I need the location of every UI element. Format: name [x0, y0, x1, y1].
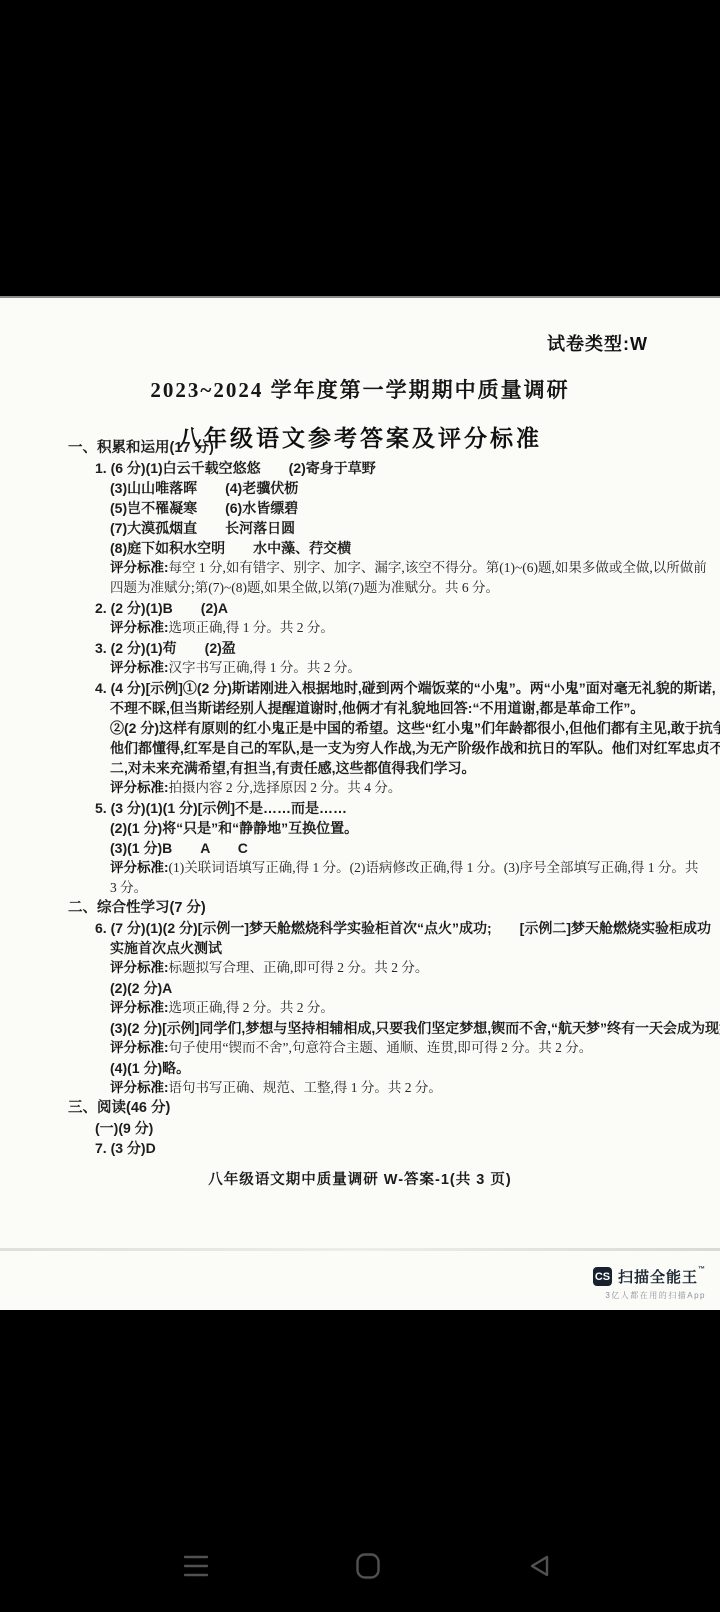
answer-line: 不理不睬,但当斯诺经别人提醒道谢时,他俩才有礼貌地回答:“不用道谢,都是革命工作… — [0, 698, 720, 718]
paper-type-label: 试卷类型:W — [547, 330, 648, 356]
page-bottom-edge — [0, 1248, 720, 1251]
hamburger-icon — [182, 1553, 210, 1579]
page-footer: 八年级语文期中质量调研 W-答案-1(共 3 页) — [0, 1168, 720, 1189]
camscanner-app-name: 扫描全能王™ — [618, 1266, 706, 1287]
answer-line: (3)(1 分)B A C — [0, 838, 720, 858]
answer-line: (2)(1 分)将“只是”和“静静地”互换位置。 — [0, 818, 720, 838]
answer-line: 3. (2 分)(1)苟 (2)盈 — [0, 638, 720, 658]
answer-line: 评分标准:选项正确,得 1 分。共 2 分。 — [0, 618, 720, 638]
phone-screen: 试卷类型:W 2023~2024 学年度第一学期期中质量调研 八年级语文参考答案… — [0, 0, 720, 1612]
trademark-mark: ™ — [698, 1266, 706, 1273]
answer-line: 3 分。 — [0, 878, 720, 898]
camscanner-watermark: CS 扫描全能王™ 3亿人都在用的扫描App — [593, 1266, 706, 1301]
back-triangle-icon — [527, 1553, 553, 1579]
answer-line: (8)庭下如积水空明 水中藻、荇交横 — [0, 538, 720, 558]
answer-line: 评分标准:(1)关联词语填写正确,得 1 分。(2)语病修改正确,得 1 分。(… — [0, 858, 720, 878]
answer-line: 评分标准:标题拟写合理、正确,即可得 2 分。共 2 分。 — [0, 958, 720, 978]
answer-line: 评分标准:拍摄内容 2 分,选择原因 2 分。共 4 分。 — [0, 778, 720, 798]
answer-line: 2. (2 分)(1)B (2)A — [0, 598, 720, 618]
answer-line: 1. (6 分)(1)白云千载空悠悠 (2)寄身于草野 — [0, 458, 720, 478]
home-button[interactable] — [346, 1544, 390, 1588]
answer-line: (3)(2 分)[示例]同学们,梦想与坚持相辅相成,只要我们坚定梦想,锲而不舍,… — [0, 1018, 720, 1038]
answer-line: 他们都懂得,红军是自己的军队,是一支为穷人作战,为无产阶级作战和抗日的军队。他们… — [0, 738, 720, 758]
scanned-document-page: 试卷类型:W 2023~2024 学年度第一学期期中质量调研 八年级语文参考答案… — [0, 296, 720, 1310]
answer-line: 二、综合性学习(7 分) — [0, 898, 720, 918]
answer-line: (3)山山唯落晖 (4)老骥伏枥 — [0, 478, 720, 498]
answer-line: 评分标准:每空 1 分,如有错字、别字、加字、漏字,该空不得分。第(1)~(6)… — [0, 558, 720, 578]
answer-line: 7. (3 分)D — [0, 1138, 720, 1158]
answer-line: 评分标准:选项正确,得 2 分。共 2 分。 — [0, 998, 720, 1018]
camscanner-tagline: 3亿人都在用的扫描App — [593, 1290, 706, 1301]
back-button[interactable] — [518, 1544, 562, 1588]
answer-line: ②(2 分)这样有原则的红小鬼正是中国的希望。这些“红小鬼”们年龄都很小,但他们… — [0, 718, 720, 738]
home-square-icon — [355, 1552, 381, 1580]
menu-button[interactable] — [174, 1544, 218, 1588]
answer-line: 评分标准:汉字书写正确,得 1 分。共 2 分。 — [0, 658, 720, 678]
answer-line: (4)(1 分)略。 — [0, 1058, 720, 1078]
answer-line: 评分标准:句子使用“锲而不舍”,句意符合主题、通顺、连贯,即可得 2 分。共 2… — [0, 1038, 720, 1058]
answer-line: 一、积累和运用(17 分) — [0, 438, 720, 458]
android-nav-bar — [0, 1540, 720, 1596]
camscanner-logo-icon: CS — [593, 1267, 612, 1286]
answer-line: 三、阅读(46 分) — [0, 1098, 720, 1118]
app-name-text: 扫描全能王 — [618, 1269, 698, 1286]
answer-line: (2)(2 分)A — [0, 978, 720, 998]
answer-line: 四题为准赋分;第(7)~(8)题,如果全做,以第(7)题为准赋分。共 6 分。 — [0, 578, 720, 598]
document-title: 2023~2024 学年度第一学期期中质量调研 — [0, 374, 720, 404]
answer-line: (7)大漠孤烟直 长河落日圆 — [0, 518, 720, 538]
answer-line: (5)岂不罹凝寒 (6)水皆缥碧 — [0, 498, 720, 518]
answer-line: 6. (7 分)(1)(2 分)[示例一]梦天舱燃烧科学实验柜首次“点火”成功;… — [0, 918, 720, 938]
answer-lines: 一、积累和运用(17 分)1. (6 分)(1)白云千载空悠悠 (2)寄身于草野… — [0, 438, 720, 1158]
answer-line: 5. (3 分)(1)(1 分)[示例]不是……而是…… — [0, 798, 720, 818]
answer-line: (一)(9 分) — [0, 1118, 720, 1138]
answer-line: 评分标准:语句书写正确、规范、工整,得 1 分。共 2 分。 — [0, 1078, 720, 1098]
answer-line: 二,对未来充满希望,有担当,有责任感,这些都值得我们学习。 — [0, 758, 720, 778]
answer-line: 实施首次点火测试 — [0, 938, 720, 958]
answer-line: 4. (4 分)[示例]①(2 分)斯诺刚进入根据地时,碰到两个端饭菜的“小鬼”… — [0, 678, 720, 698]
